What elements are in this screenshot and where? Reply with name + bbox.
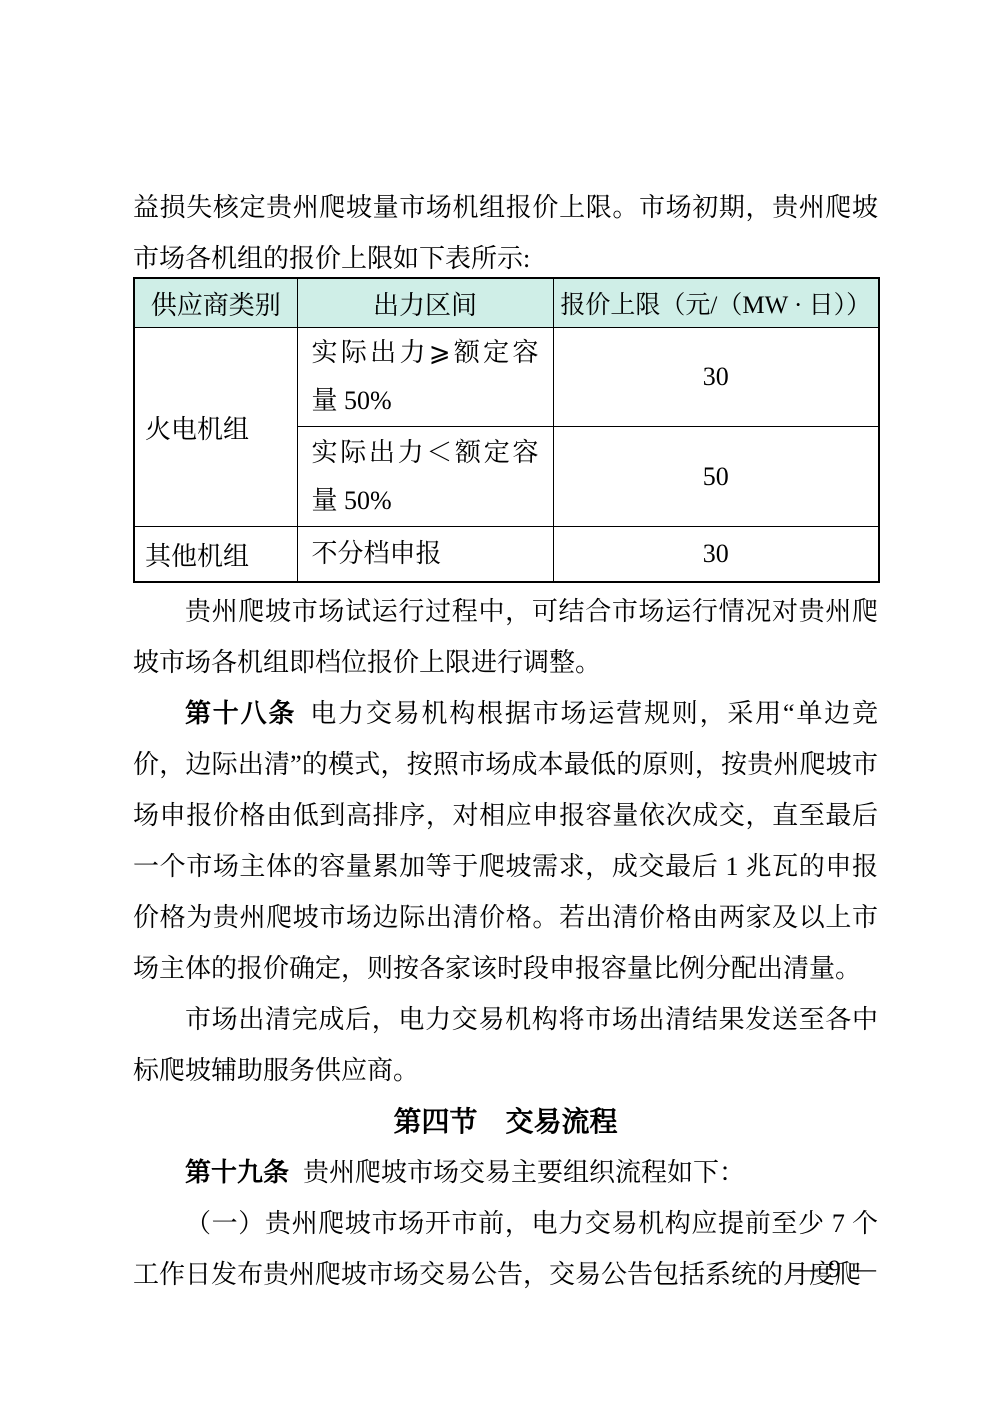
- cell-no-tier: 不分档申报: [297, 527, 553, 583]
- header-cell-supplier-type: 供应商类别: [134, 278, 297, 328]
- cell-cap-thermal-high: 30: [553, 328, 879, 427]
- page-number: — 9 —: [793, 1252, 878, 1288]
- cell-cap-other: 30: [553, 527, 879, 583]
- intro-paragraph: 益损失核定贵州爬坡量市场机组报价上限。市场初期，贵州爬坡市场各机组的报价上限如下…: [133, 182, 878, 284]
- article-19-text: 贵州爬坡市场交易主要组织流程如下：: [303, 1158, 745, 1187]
- cell-cap-thermal-low: 50: [553, 427, 879, 527]
- article-18-text: 电力交易机构根据市场运营规则，采用“单边竞价，边际出清”的模式，按照市场成本最低…: [133, 699, 878, 983]
- para-item-one: （一）贵州爬坡市场开市前，电力交易机构应提前至少 7 个工作日发布贵州爬坡市场交…: [133, 1198, 878, 1300]
- para-adjustment: 贵州爬坡市场试运行过程中，可结合市场运行情况对贵州爬坡市场各机组即档位报价上限进…: [133, 586, 878, 688]
- table-row: 其他机组 不分档申报 30: [134, 527, 879, 583]
- para-article-19: 第十九条贵州爬坡市场交易主要组织流程如下：: [133, 1147, 878, 1198]
- cell-range-above-50: 实际出力⩾额定容量 50%: [297, 328, 553, 427]
- table-header-row: 供应商类别 出力区间 报价上限（元/（MW · 日））: [134, 278, 879, 328]
- text-column: 益损失核定贵州爬坡量市场机组报价上限。市场初期，贵州爬坡市场各机组的报价上限如下…: [133, 182, 878, 1300]
- header-cell-output-range: 出力区间: [297, 278, 553, 328]
- para-clearing-result: 市场出清完成后，电力交易机构将市场出清结果发送至各中标爬坡辅助服务供应商。: [133, 994, 878, 1096]
- table-row: 火电机组 实际出力⩾额定容量 50% 30: [134, 328, 879, 427]
- document-page: 益损失核定贵州爬坡量市场机组报价上限。市场初期，贵州爬坡市场各机组的报价上限如下…: [0, 0, 1000, 1414]
- article-18-label: 第十八条: [185, 698, 296, 728]
- article-19-label: 第十九条: [185, 1157, 289, 1187]
- price-cap-table: 供应商类别 出力区间 报价上限（元/（MW · 日）） 火电机组 实际出力⩾额定…: [133, 277, 880, 583]
- cell-thermal-units: 火电机组: [134, 328, 297, 527]
- cell-other-units: 其他机组: [134, 527, 297, 583]
- header-cell-price-cap: 报价上限（元/（MW · 日））: [553, 278, 879, 328]
- para-article-18: 第十八条电力交易机构根据市场运营规则，采用“单边竞价，边际出清”的模式，按照市场…: [133, 688, 878, 994]
- section-heading: 第四节 交易流程: [133, 1096, 878, 1147]
- cell-range-below-50: 实际出力＜额定容量 50%: [297, 427, 553, 527]
